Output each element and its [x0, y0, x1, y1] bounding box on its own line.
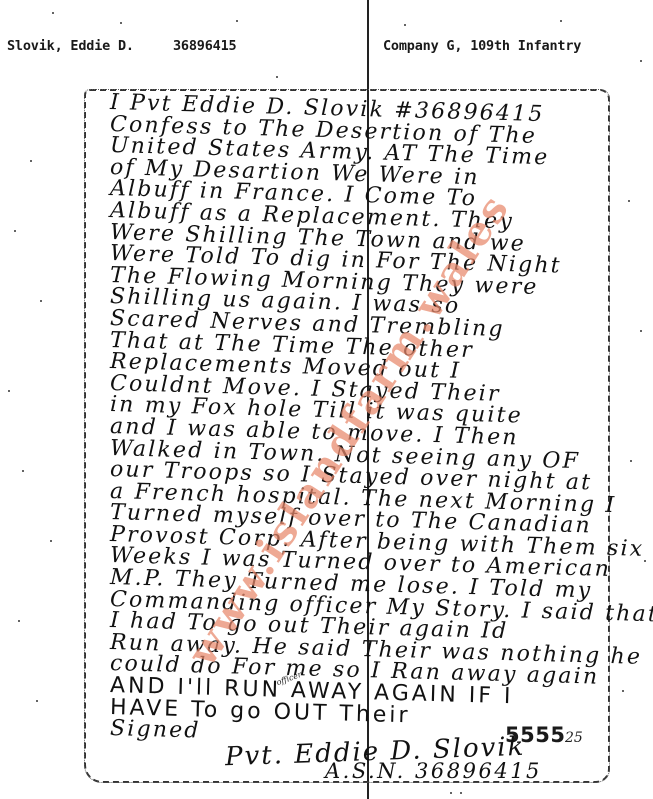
- scan-speck: [120, 22, 122, 24]
- confession-text: I Pvt Eddie D. Slovik #36896415 Confess …: [110, 92, 610, 740]
- army-serial-number: A.S.N. 36896415: [325, 759, 542, 783]
- header-unit: Company G, 109th Infantry: [383, 38, 581, 54]
- header-soldier-name: Slovik, Eddie D.: [7, 38, 134, 54]
- scan-speck: [8, 390, 10, 392]
- scan-speck: [22, 470, 24, 472]
- scan-speck: [560, 20, 562, 22]
- scan-speck: [36, 700, 38, 702]
- scan-speck: [30, 160, 32, 162]
- scan-speck: [622, 690, 624, 692]
- scan-speck: [460, 792, 462, 794]
- scan-speck: [404, 24, 406, 26]
- scan-speck: [236, 20, 238, 22]
- scan-speck: [644, 560, 646, 562]
- scan-speck: [630, 460, 632, 462]
- scan-speck: [40, 300, 42, 302]
- scan-speck: [628, 200, 630, 202]
- scan-speck: [640, 60, 642, 62]
- scan-speck: [50, 540, 52, 542]
- header-serial-number: 36896415: [173, 38, 236, 54]
- scan-speck: [640, 330, 642, 332]
- scan-speck: [52, 12, 54, 14]
- scan-speck: [18, 620, 20, 622]
- stamp-suffix: 25: [565, 730, 583, 746]
- scan-speck: [14, 230, 16, 232]
- scan-speck: [450, 792, 452, 794]
- scan-speck: [276, 76, 278, 78]
